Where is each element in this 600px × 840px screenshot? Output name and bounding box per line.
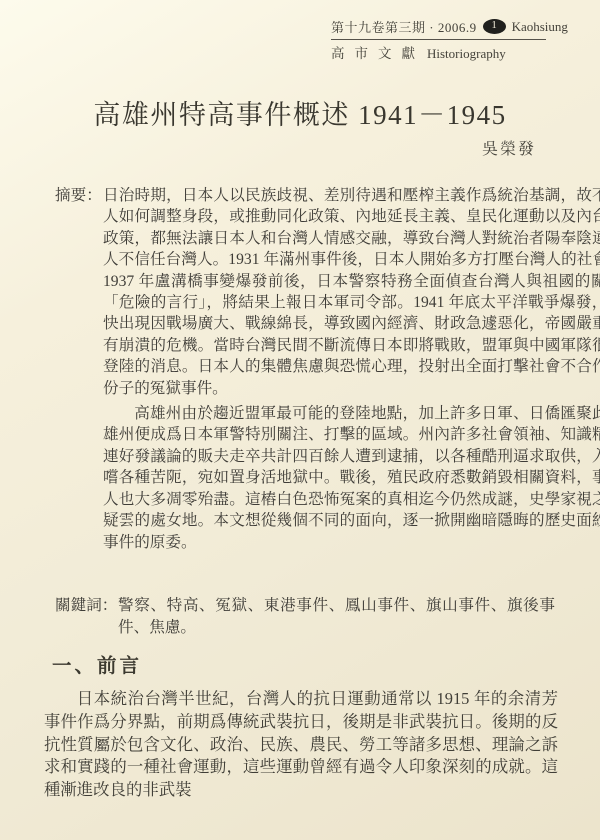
document-page: 第十九卷第三期 · 2006.9 1 Kaohsiung 高市文獻 Histor…	[0, 0, 600, 840]
journal-header: 第十九卷第三期 · 2006.9 1 Kaohsiung 高市文獻 Histor…	[331, 17, 546, 62]
author-name: 吳榮發	[482, 136, 536, 159]
abstract-paragraph-1: 日治時期，日本人以民族歧視、差別待遇和壓榨主義作爲統治基調，故不論日本人如何調整…	[103, 185, 600, 399]
keywords-section: 關鍵詞： 警察、特高、冤獄、東港事件、鳳山事件、旗山事件、旗後事件、焦慮。	[55, 595, 555, 638]
journal-header-row-name: 高市文獻 Historiography	[331, 40, 546, 62]
journal-header-row-issue: 第十九卷第三期 · 2006.9 1 Kaohsiung	[331, 17, 546, 40]
section-paragraph-1: 日本統治台灣半世紀，台灣人的抗日運動通常以 1915 年的余清芳事件作爲分界點，…	[44, 688, 558, 802]
abstract-paragraph-2: 高雄州由於趨近盟軍最可能的登陸地點，加上許多日軍、日僑匯聚此處，高雄州便成爲日本…	[103, 403, 600, 553]
keywords-text: 警察、特高、冤獄、東港事件、鳳山事件、旗山事件、旗後事件、焦慮。	[118, 595, 555, 638]
article-title: 高雄州特高事件概述 1941－1945	[0, 93, 600, 132]
abstract-label: 摘要：	[55, 185, 102, 206]
abstract-section: 摘要： 日治時期，日本人以民族歧視、差別待遇和壓榨主義作爲統治基調，故不論日本人…	[55, 185, 600, 553]
keywords-label: 關鍵詞：	[55, 595, 117, 617]
page-number-badge: 1	[483, 19, 506, 34]
section-heading-foreword: 一、前言	[52, 650, 142, 678]
journal-name-en: Historiography	[427, 46, 506, 62]
journal-name-zh: 高市文獻	[331, 42, 425, 62]
journal-place-en: Kaohsiung	[512, 19, 568, 35]
issue-info: 第十九卷第三期 · 2006.9	[331, 17, 477, 36]
